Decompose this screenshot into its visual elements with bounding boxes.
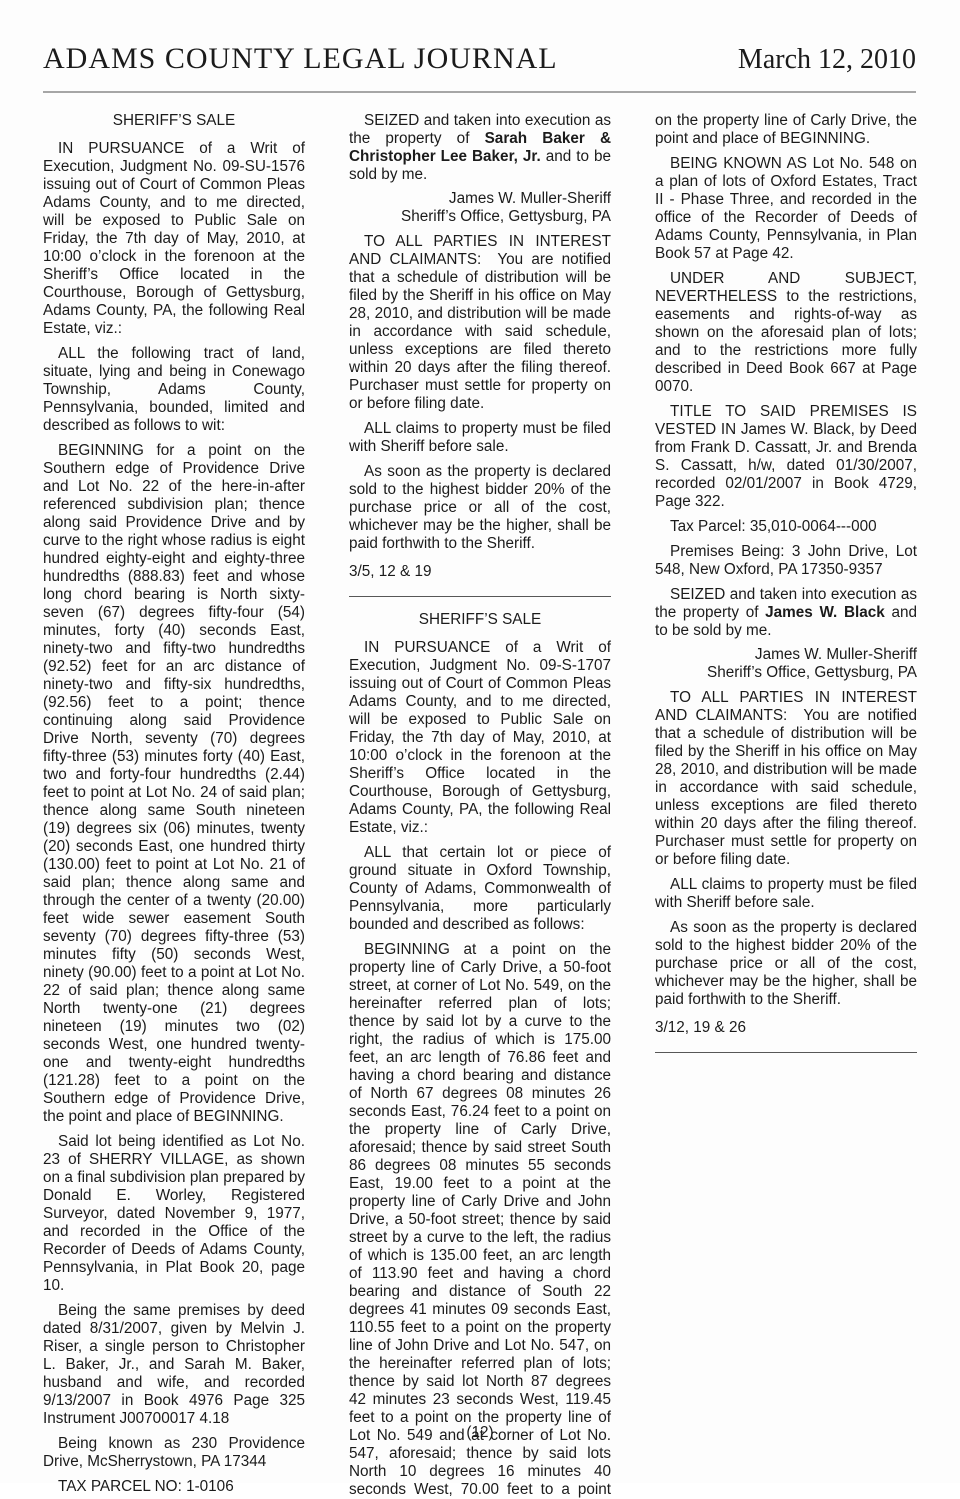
signature-line: James W. Muller-Sheriff [349, 190, 611, 208]
notice-paragraph: TO ALL PARTIES IN INTEREST AND CLAIMANTS… [349, 233, 611, 413]
notice-paragraph: ALL the following tract of land, situate… [43, 345, 305, 435]
notice-title: SHERIFF’S SALE [43, 112, 305, 130]
notice-paragraph: TITLE TO SAID PREMISES IS VESTED IN Jame… [655, 403, 917, 511]
text-column-right: on the property line of Carly Drive, the… [655, 112, 917, 1499]
page-header: ADAMS COUNTY LEGAL JOURNAL March 12, 201… [43, 42, 916, 76]
signature-line: Sheriff’s Office, Gettysburg, PA [349, 208, 611, 226]
signature-block: James W. Muller-SheriffSheriff’s Office,… [349, 190, 611, 226]
notice-paragraph: Being the same premises by deed dated 8/… [43, 1302, 305, 1428]
text-column-middle: SEIZED and taken into execution as the p… [349, 112, 611, 1499]
signature-line: Sheriff’s Office, Gettysburg, PA [655, 664, 917, 682]
publication-dates: 3/5, 12 & 19 [349, 563, 611, 581]
notice-paragraph: As soon as the property is declared sold… [349, 463, 611, 553]
notice-paragraph: SEIZED and taken into execution as the p… [655, 586, 917, 640]
notice-paragraph: SEIZED and taken into execution as the p… [349, 112, 611, 184]
page-footer: (12) [0, 1424, 960, 1442]
notice-paragraph: ALL claims to property must be filed wit… [655, 876, 917, 912]
notice-paragraph: As soon as the property is declared sold… [655, 919, 917, 1009]
notice-paragraph: Tax Parcel: 35,010-0064---000 [655, 518, 917, 536]
header-rule [43, 91, 916, 93]
notice-paragraph: ALL that certain lot or piece of ground … [349, 844, 611, 934]
notice-paragraph: ALL claims to property must be filed wit… [349, 420, 611, 456]
notice-paragraph: IN PURSUANCE of a Writ of Execution, Jud… [349, 639, 611, 837]
text-column-left: SHERIFF’S SALEIN PURSUANCE of a Writ of … [43, 112, 305, 1499]
signature-line: James W. Muller-Sheriff [655, 646, 917, 664]
notice-paragraph: Premises Being: 3 John Drive, Lot 548, N… [655, 543, 917, 579]
journal-title: ADAMS COUNTY LEGAL JOURNAL [43, 42, 558, 76]
signature-block: James W. Muller-SheriffSheriff’s Office,… [655, 646, 917, 682]
notice-paragraph: Said lot being identified as Lot No. 23 … [43, 1133, 305, 1295]
notice-divider [655, 1052, 917, 1053]
notice-paragraph: TO ALL PARTIES IN INTEREST AND CLAIMANTS… [655, 689, 917, 869]
page-number: (12) [466, 1424, 493, 1441]
journal-page: ADAMS COUNTY LEGAL JOURNAL March 12, 201… [0, 0, 960, 1483]
issue-date: March 12, 2010 [738, 44, 916, 76]
page-content: SHERIFF’S SALEIN PURSUANCE of a Writ of … [43, 112, 917, 1499]
notice-paragraph: UNDER AND SUBJECT, NEVERTHELESS to the r… [655, 270, 917, 396]
notice-paragraph: BEGINNING at a point on the property lin… [349, 941, 611, 1499]
notice-divider [349, 596, 611, 597]
notice-paragraph: BEGINNING for a point on the Southern ed… [43, 442, 305, 1126]
publication-dates: 3/12, 19 & 26 [655, 1019, 917, 1037]
notice-paragraph: IN PURSUANCE of a Writ of Execution, Jud… [43, 140, 305, 338]
notice-paragraph: TAX PARCEL NO: 1-0106 [43, 1478, 305, 1496]
notice-title: SHERIFF’S SALE [349, 611, 611, 629]
notice-paragraph: on the property line of Carly Drive, the… [655, 112, 917, 148]
notice-paragraph: BEING KNOWN AS Lot No. 548 on a plan of … [655, 155, 917, 263]
